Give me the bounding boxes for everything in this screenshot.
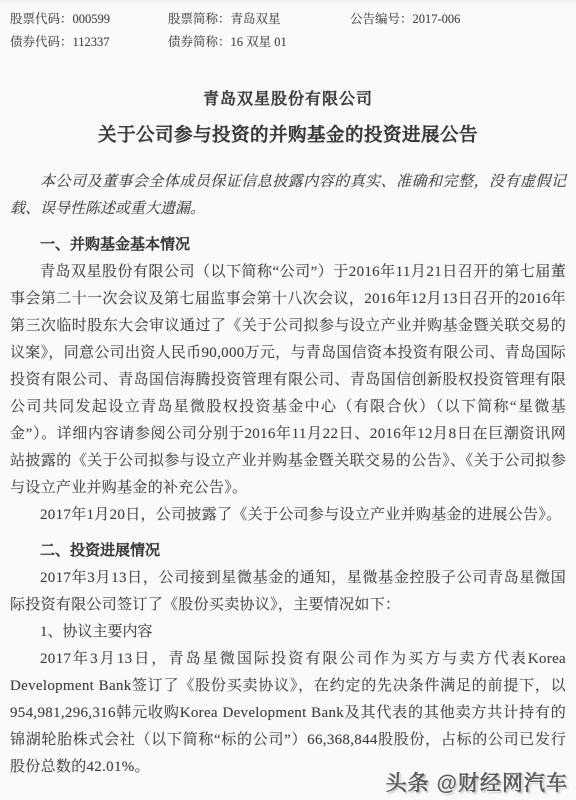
announcement-title: 关于公司参与投资的并购基金的投资进展公告 [10, 121, 566, 147]
stock-code: 股票代码：000599 [10, 8, 168, 31]
company-name-title: 青岛双星股份有限公司 [10, 86, 566, 109]
securities-header-row1: 股票代码：000599 股票简称：青岛双星 公告编号：2017-006 [10, 8, 566, 31]
board-disclaimer: 本公司及董事会全体成员保证信息披露内容的真实、准确和完整，没有虚假记载、误导性陈… [10, 169, 566, 223]
section1-heading: 一、并购基金基本情况 [10, 232, 566, 259]
bond-short-name: 债券简称：16 双星 01 [168, 31, 350, 54]
announcement-number: 公告编号：2017-006 [350, 8, 566, 31]
section2-sub1-heading: 1、协议主要内容 [10, 619, 566, 646]
section1-paragraph-2: 2017年1月20日，公司披露了《关于公司参与设立产业并购基金的进展公告》。 [10, 502, 566, 529]
securities-header-row2: 债券代码：112337 债券简称：16 双星 01 [10, 31, 566, 54]
section2-paragraph-1: 2017年3月13日，公司接到星微基金的通知，星微基金控股子公司青岛星微国际投资… [10, 565, 566, 619]
securities-header: 股票代码：000599 股票简称：青岛双星 公告编号：2017-006 债券代码… [10, 8, 566, 54]
bond-code: 债券代码：112337 [10, 31, 168, 54]
section1-paragraph-1: 青岛双星股份有限公司（以下简称“公司”）于2016年11月21日召开的第七届董事… [10, 259, 566, 502]
toutiao-watermark: 头条 @财经网汽车 [386, 767, 568, 797]
announcement-page: 股票代码：000599 股票简称：青岛双星 公告编号：2017-006 债券代码… [0, 0, 576, 800]
section2-heading: 二、投资进展情况 [10, 538, 566, 565]
stock-short-name: 股票简称：青岛双星 [168, 8, 350, 31]
section2-sub1-paragraph-1: 2017年3月13日，青岛星微国际投资有限公司作为买方与卖方代表Korea De… [10, 646, 566, 781]
